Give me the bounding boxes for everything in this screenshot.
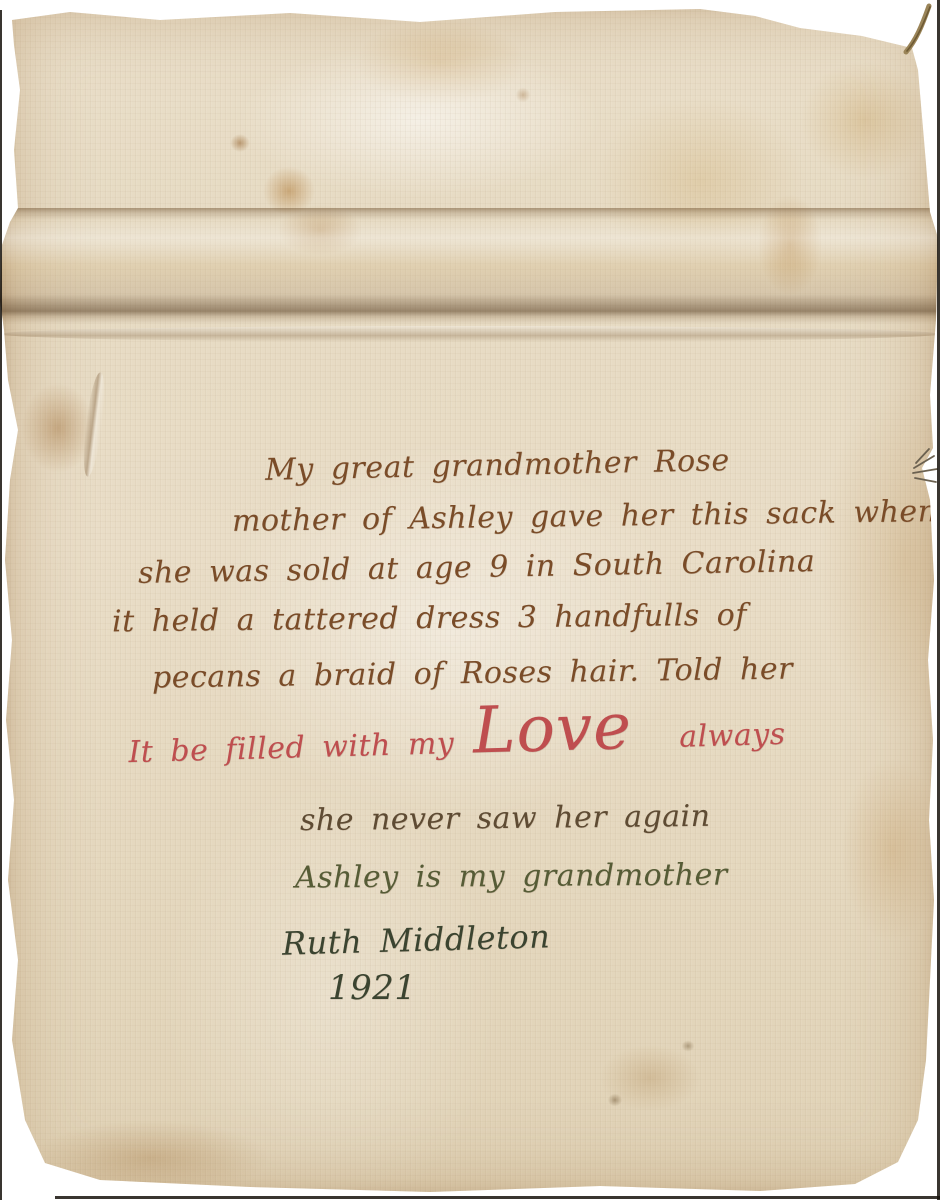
photo-edge-left [0,10,2,1200]
embroidery-line-5: pecans a braid of Roses hair. Told her [152,652,793,696]
red-line-prefix: It be filled with my [128,726,455,770]
drawstring [906,6,930,52]
fabric-fold [0,208,940,324]
embroidery-line-8: Ashley is my grandmother [295,857,728,895]
embroidery-line-3: she was sold at age 9 in South Carolina [138,544,816,591]
embroidery-line-2: mother of Ashley gave her this sack when [232,494,938,539]
sack-photo: My great grandmother Rose mother of Ashl… [0,0,940,1200]
cloth-sack: My great grandmother Rose mother of Ashl… [0,0,940,1200]
fabric-fold-crease [0,326,940,342]
photo-edge-bottom [55,1196,940,1199]
embroidery-line-red: It be filled with my Love always [127,695,786,771]
embroidery-line-7: she never saw her again [300,799,711,838]
fabric-wrinkle [80,371,109,477]
embroidery-line-4: it held a tattered dress 3 handfulls of [112,598,747,640]
red-line-love-word: Love [472,699,633,761]
embroidery-line-1: My great grandmother Rose [265,443,730,488]
red-line-suffix: always [679,717,786,755]
embroidery-year: 1921 [328,968,417,1008]
embroidery-signature: Ruth Middleton [282,917,551,962]
